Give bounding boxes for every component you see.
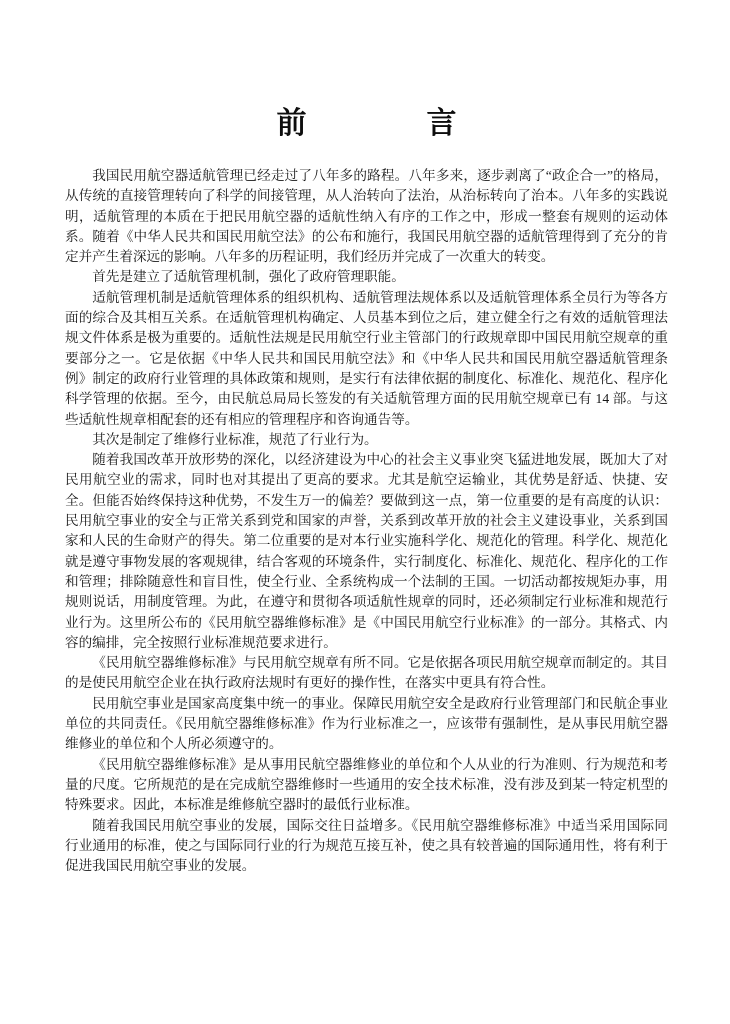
paragraph-7: 民用航空事业是国家高度集中统一的事业。保障民用航空安全是政府行业管理部门和民航企… — [65, 694, 668, 755]
paragraph-2: 首先是建立了适航管理机制，强化了政府管理职能。 — [65, 267, 668, 287]
paragraph-1: 我国民用航空器适航管理已经走过了八年多的路程。八年多来，逐步剥离了“政企合一”的… — [65, 166, 668, 267]
document-page: 前 言 我国民用航空器适航管理已经走过了八年多的路程。八年多来，逐步剥离了“政企… — [0, 0, 730, 1024]
paragraph-4: 其次是制定了维修行业标准，规范了行业行为。 — [65, 430, 668, 450]
paragraph-8: 《民用航空器维修标准》是从事用民航空器维修业的单位和个人从业的行为准则、行为规范… — [65, 755, 668, 816]
paragraph-6: 《民用航空器维修标准》与民用航空规章有所不同。它是依据各项民用航空规章而制定的。… — [65, 653, 668, 694]
paragraph-3: 适航管理机制是适航管理体系的组织机构、适航管理法规体系以及适航管理体系全员行为等… — [65, 288, 668, 430]
preface-body: 我国民用航空器适航管理已经走过了八年多的路程。八年多来，逐步剥离了“政企合一”的… — [65, 166, 668, 876]
paragraph-9: 随着我国民用航空事业的发展，国际交往日益增多。《民用航空器维修标准》中适当采用国… — [65, 816, 668, 877]
page-title: 前 言 — [65, 106, 668, 142]
paragraph-5: 随着我国改革开放形势的深化，以经济建设为中心的社会主义事业突飞猛进地发展，既加大… — [65, 450, 668, 653]
